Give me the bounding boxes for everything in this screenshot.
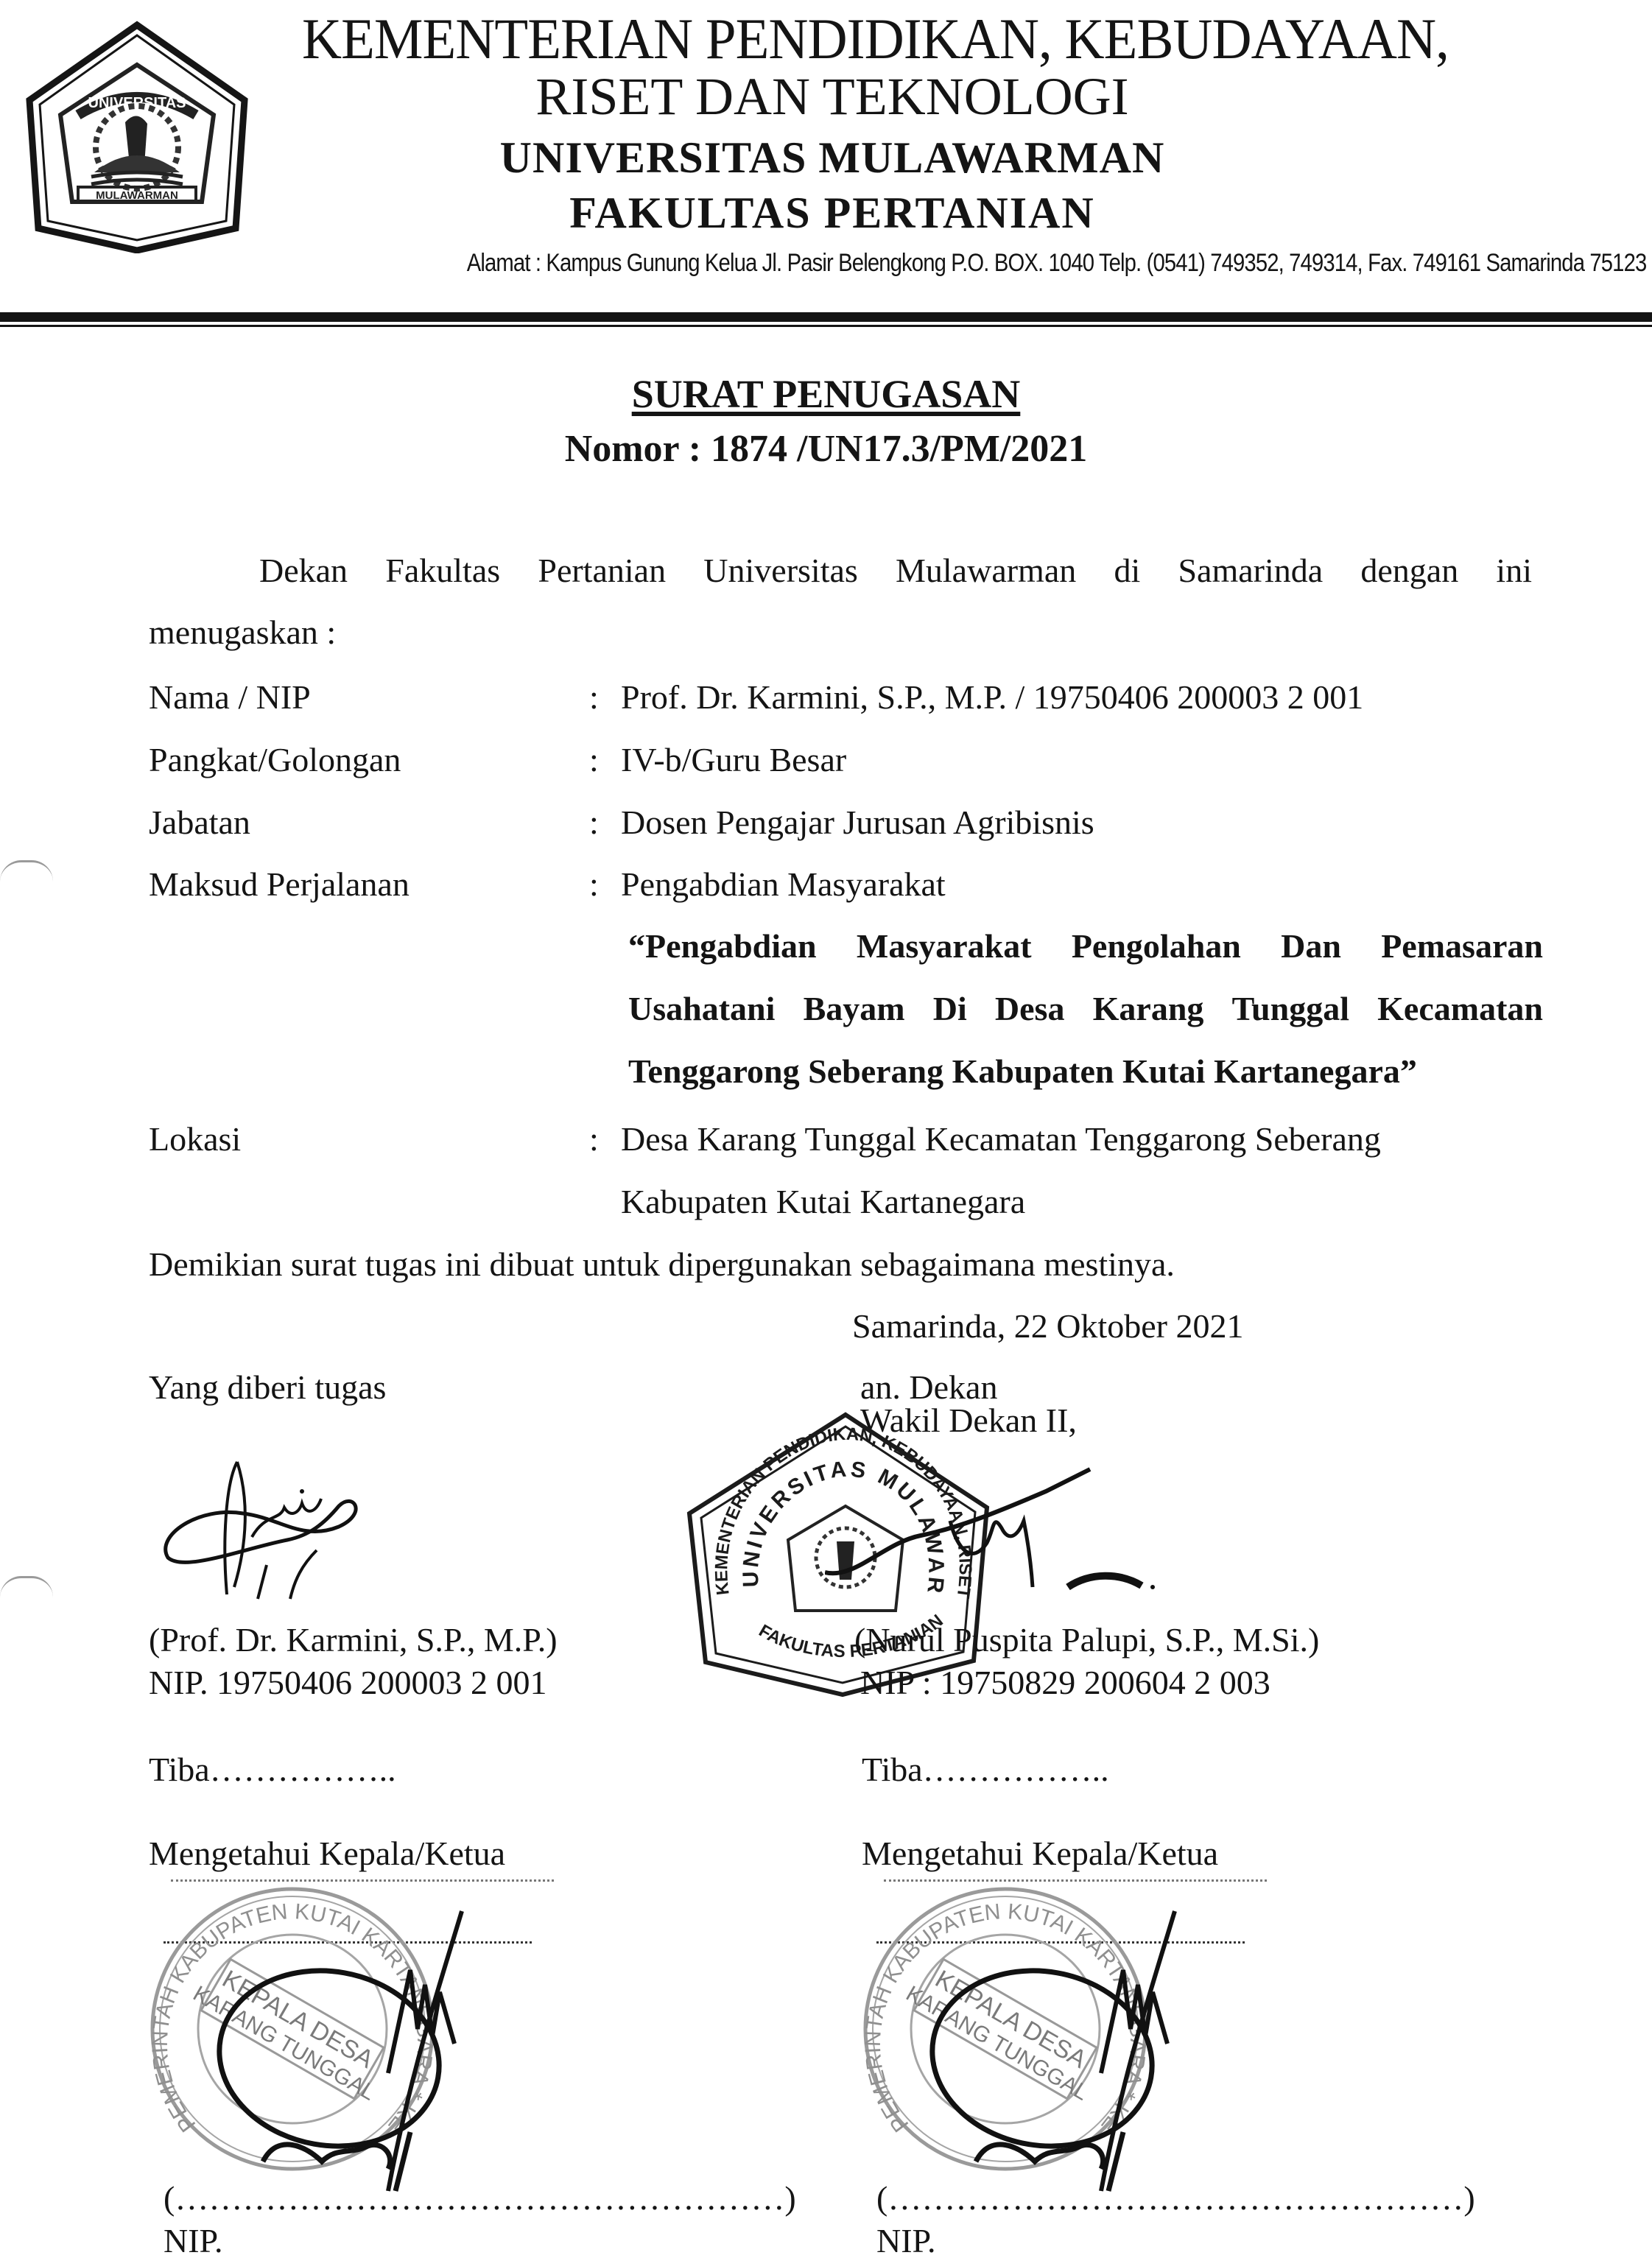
assignee-signature-icon	[155, 1455, 435, 1602]
ministry-name-line1: KEMENTERIAN PENDIDIKAN, KEBUDAYAAN,	[302, 6, 1363, 72]
activity-word: Kecamatan	[1377, 989, 1543, 1028]
intro-paragraph-line2: menugaskan :	[149, 613, 336, 652]
field-colon: :	[589, 865, 599, 904]
field-value: Prof. Dr. Karmini, S.P., M.P. / 19750406…	[621, 678, 1363, 717]
acknowledgement-heading: Mengetahui Kepala/Ketua	[149, 1834, 505, 1873]
activity-word: “Pengabdian	[628, 926, 817, 966]
intro-paragraph-line1: DekanFakultasPertanianUniversitasMulawar…	[259, 551, 1532, 590]
location-label: Lokasi	[149, 1119, 241, 1158]
activity-word: Dan	[1281, 926, 1341, 966]
activity-word: Tunggal	[1232, 989, 1349, 1028]
field-label: Jabatan	[149, 803, 250, 842]
assignee-heading: Yang diberi tugas	[149, 1368, 386, 1407]
intro-word: ini	[1496, 551, 1532, 590]
svg-text:MULAWARMAN: MULAWARMAN	[96, 189, 178, 202]
location-value-line1: Desa Karang Tunggal Kecamatan Tenggarong…	[621, 1119, 1381, 1158]
place-date: Samarinda, 22 Oktober 2021	[852, 1306, 1243, 1346]
activity-word: Pengolahan	[1072, 926, 1241, 966]
field-colon: :	[589, 740, 599, 779]
letterhead-rule-thick	[0, 312, 1652, 322]
intro-word: di	[1114, 551, 1140, 590]
issuer-nip: NIP : 19750829 200604 2 003	[860, 1663, 1270, 1702]
intro-word: Universitas	[703, 551, 858, 590]
intro-word: Fakultas	[385, 551, 500, 590]
intro-word: Samarinda	[1178, 551, 1323, 590]
signatory-nip-label: NIP.	[876, 2221, 936, 2258]
activity-word: Bayam	[804, 989, 905, 1028]
issuer-name: (Nurul Puspita Palupi, S.P., M.Si.)	[854, 1620, 1319, 1659]
field-colon: :	[589, 678, 599, 717]
university-shield-logo-icon: UNIVERSITAS MULAWARMAN	[21, 21, 253, 253]
signatory-nip-label: NIP.	[164, 2221, 223, 2258]
field-colon: :	[589, 803, 599, 842]
activity-word: Tenggarong Seberang Kabupaten Kutai Kart…	[628, 1052, 1417, 1090]
closing-statement: Demikian surat tugas ini dibuat untuk di…	[149, 1245, 1175, 1284]
field-label: Nama / NIP	[149, 678, 311, 717]
activity-word: Desa	[995, 989, 1065, 1028]
signatory-name-placeholder: (………………………………………………)	[164, 2178, 796, 2217]
activity-word: Usahatani	[628, 989, 775, 1028]
arrival-field: Tiba……………..	[862, 1750, 1109, 1789]
location-value-line2: Kabupaten Kutai Kartanegara	[621, 1182, 1025, 1221]
assignee-name: (Prof. Dr. Karmini, S.P., M.P.)	[149, 1620, 558, 1659]
activity-word: Di	[933, 989, 967, 1028]
ministry-name-line2: RISET DAN TEKNOLOGI	[280, 66, 1385, 127]
svg-text:UNIVERSITAS: UNIVERSITAS	[88, 95, 186, 111]
activity-word: Pemasaran	[1381, 926, 1543, 966]
university-name: UNIVERSITAS MULAWARMAN	[280, 133, 1385, 183]
document-title: SURAT PENUGASAN	[0, 371, 1652, 417]
arrival-field: Tiba……………..	[149, 1750, 396, 1789]
field-value: IV-b/Guru Besar	[621, 740, 846, 779]
field-value: Pengabdian Masyarakat	[621, 865, 946, 904]
location-colon: :	[589, 1119, 599, 1158]
village-head-stamp-icon: PEMERINTAH KABUPATEN KUTAI KARTANEGARA *…	[145, 1882, 491, 2198]
field-label: Maksud Perjalanan	[149, 865, 410, 904]
village-head-stamp-icon: PEMERINTAH KABUPATEN KUTAI KARTANEGARA *…	[858, 1882, 1204, 2198]
intro-word: Mulawarman	[896, 551, 1076, 590]
intro-word: Pertanian	[538, 551, 666, 590]
assignee-nip: NIP. 19750406 200003 2 001	[149, 1663, 547, 1702]
field-value: Dosen Pengajar Jurusan Agribisnis	[621, 803, 1094, 842]
activity-word: Masyarakat	[857, 926, 1032, 966]
activity-title-line: UsahataniBayamDiDesaKarangTunggalKecamat…	[628, 989, 1543, 1028]
punch-hole-mark	[0, 860, 53, 882]
letterhead-rule-thin	[0, 325, 1652, 327]
signatory-name-placeholder: (……………………………………………)	[876, 2178, 1475, 2217]
intro-word: Dekan	[259, 551, 348, 590]
letterhead-address: Alamat : Kampus Gunung Kelua Jl. Pasir B…	[466, 249, 1646, 278]
activity-word: Karang	[1093, 989, 1204, 1028]
document-number: Nomor : 1874 /UN17.3/PM/2021	[0, 427, 1652, 471]
activity-title-line: Tenggarong Seberang Kabupaten Kutai Kart…	[628, 1052, 1417, 1091]
intro-word: dengan	[1360, 551, 1458, 590]
punch-hole-mark	[0, 1576, 53, 1597]
faculty-name: FAKULTAS PERTANIAN	[280, 188, 1385, 239]
issuer-signature-icon	[825, 1462, 1208, 1609]
field-label: Pangkat/Golongan	[149, 740, 401, 779]
acknowledgement-heading: Mengetahui Kepala/Ketua	[862, 1834, 1218, 1873]
activity-title-line: “PengabdianMasyarakatPengolahanDanPemasa…	[628, 926, 1543, 966]
